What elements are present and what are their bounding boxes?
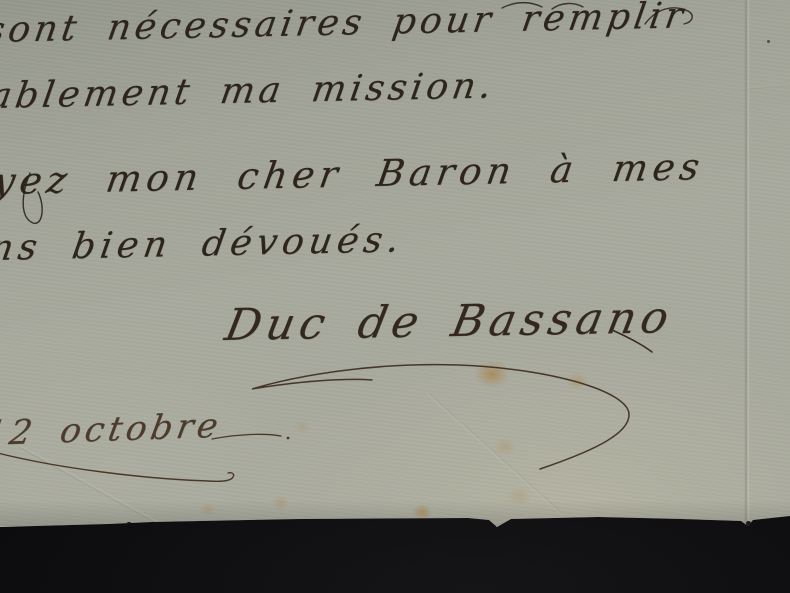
photo-of-letter: sont nécessaires pour remplir ablement m…: [0, 0, 790, 593]
paper-edge-shadow: [0, 500, 790, 526]
handwriting-line-3: yez mon cher Baron à mes: [0, 145, 707, 203]
dark-speck: [746, 521, 751, 526]
signature-duc-de-bassano: Duc de Bassano: [221, 292, 678, 351]
ink-stain: [293, 420, 311, 434]
vertical-fold-crease: [744, 0, 750, 524]
handwriting-line-4: ns bien dévoués.: [0, 219, 407, 269]
top-right-crease: [742, 84, 790, 90]
handwriting-line-2: ablement ma mission.: [0, 65, 498, 117]
dark-speck: [767, 40, 770, 43]
bottom-right-crease: [427, 392, 563, 515]
ink-stain: [493, 437, 517, 457]
dark-speck: [126, 522, 132, 527]
date-tail-dot: [287, 437, 290, 440]
signature-paraph-flourish: [252, 365, 629, 469]
letter-paper-sheet: sont nécessaires pour remplir ablement m…: [0, 0, 790, 593]
date-tail-flourish: [212, 434, 281, 439]
handwriting-line-1: sont nécessaires pour remplir: [0, 0, 690, 51]
date-line: 12 octobre: [0, 406, 225, 454]
ink-stain: [474, 360, 510, 388]
ink-stain: [566, 372, 588, 390]
date-underline-flourish: [0, 452, 234, 481]
